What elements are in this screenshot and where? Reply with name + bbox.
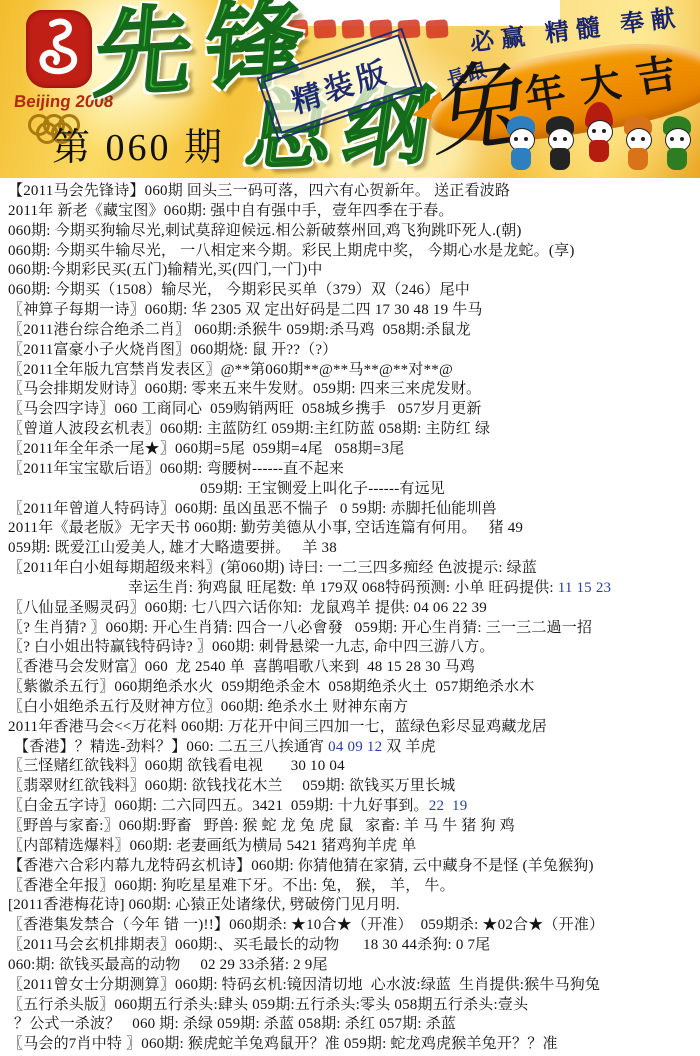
text-line: 〖2011马会玄机排期表〗060期:、买毛最长的动物 18 30 44杀狗: 0… xyxy=(0,936,700,956)
text-line: 〖香港集发禁合（今年 错 一)!!】060期杀: ★10合★（开准） 059期杀… xyxy=(0,916,700,936)
tipsheet-page: Beijing 2008 先锋 总纲 第 060 期 精装版 必赢 精髓 奉献 … xyxy=(0,0,700,1056)
text-line: 〖2011年白小姐每期超级来料〗(第060期) 诗曰: 一二三四多痴经 色波提示… xyxy=(0,559,700,579)
text-line: 〖? 白小姐出特赢钱特码诗? 〗060期: 刺骨悬梁一九志, 命中四三游八方。 xyxy=(0,638,700,658)
text-line: 【香港】？精选-劲料？】060: 二五三八挨通宵 04 09 12 双 羊虎 xyxy=(0,738,700,758)
text-line: 〖2011年曾道人特码诗〗060期: 虽凶虽恶不惴子 0 59期: 赤脚托仙能圳… xyxy=(0,500,700,520)
body-lines: 【2011马会先锋诗】060期 回头三一码可落，四六有心贺新年。 送正看波路20… xyxy=(0,180,700,1055)
text-line: 〖2011富豪小子火烧肖图〗060期烧: 鼠 开??（?） xyxy=(0,341,700,361)
text-line: 059期: 王宝铡爱上叫化子------有远见 xyxy=(0,480,700,500)
text-line: 〖马会的7肖中特 〗060期: 猴虎蛇羊兔鸡鼠开？准 059期: 蛇龙鸡虎猴羊兔… xyxy=(0,1035,700,1055)
fuwa-mascots xyxy=(504,108,694,174)
text-line: 〖马会排期发财诗〗060期: 零来五来牛发财。059期: 四来三来虎发财。 xyxy=(0,380,700,400)
text-line: 〖香港马会发财富〗060 龙 2540 单 喜鹊唱歌八来到 48 15 28 3… xyxy=(0,658,700,678)
text-line: 〖白小姐绝杀五行及财神方位〗060期: 绝杀水土 财神东南方 xyxy=(0,698,700,718)
text-line: 060期: 今期买（1508）输尽光， 今期彩民买单（379）双（246）尾中 xyxy=(0,281,700,301)
text-line: 〖野兽与家畜:〗060期:野畜 野兽: 猴 蛇 龙 兔 虎 鼠 家畜: 羊 马 … xyxy=(0,817,700,837)
issue-number: 第 060 期 xyxy=(52,116,225,171)
text-line: 〖八仙显圣赐灵码〗060期: 七八四六话你知: 龙鼠鸡羊 提供: 04 06 2… xyxy=(0,599,700,619)
text-line: 〖香港全年报〗060期: 狗吃星星难下牙。不出: 兔， 猴， 羊， 牛。 xyxy=(0,877,700,897)
text-line: 【2011马会先锋诗】060期 回头三一码可落，四六有心贺新年。 送正看波路 xyxy=(0,182,700,202)
masthead: Beijing 2008 先锋 总纲 第 060 期 精装版 必赢 精髓 奉献 … xyxy=(0,0,700,178)
text-line: 〖曾道人波段玄机表〗060期: 主蓝防红 059期:主红防蓝 058期: 主防红… xyxy=(0,420,700,440)
text-line: 059期: 既爱江山爱美人, 雄才大略遗要拼。 羊 38 xyxy=(0,539,700,559)
text-line: ？公式一杀波？ 060 期: 杀绿 059期: 杀蓝 058期: 杀红 057期… xyxy=(0,1015,700,1035)
text-line: [2011香港梅花诗] 060期: 心猿正处诸缘伏, 劈破傍门见月明. xyxy=(0,896,700,916)
text-line: 幸运生肖: 狗鸡鼠 旺尾数: 单 179双 068特码预测: 小单 旺码提供: … xyxy=(0,579,700,599)
text-line: 〖2011港台综合绝杀二肖〗 060期:杀猴牛 059期:杀马鸡 058期:杀鼠… xyxy=(0,321,700,341)
text-line: 〖马会四字诗〗060 工商同心 059购销两旺 058城乡携手 057岁月更新 xyxy=(0,400,700,420)
fuwa-jingjing-panda-icon xyxy=(543,116,577,174)
fuwa-nini-green-icon xyxy=(660,116,694,174)
text-line: 〖翡翠财红欲钱料〗060期: 欲钱找花木兰 059期: 欲钱买万里长城 xyxy=(0,777,700,797)
text-line: 〖神算子每期一诗〗060期: 华 2305 双 定出好码是二四 17 30 48… xyxy=(0,301,700,321)
text-line: 2011年香港马会<<万花料 060期: 万花开中间三四加一七，蓝绿色彩尽显鸡藏… xyxy=(0,718,700,738)
text-line: 060期: 今期买狗输尽光,刺试莫辞迎候远.相公新破蔡州回,鸡飞狗跳吓死人.(朝… xyxy=(0,222,700,242)
text-line: 〖2011曾女士分期测算〗060期: 特码玄机:镜因清切地 心水波:绿蓝 生肖提… xyxy=(0,976,700,996)
text-line: 〖? 生肖猜? 〗060期: 开心生肖猜: 四合一八必會發 059期: 开心生肖… xyxy=(0,619,700,639)
fuwa-huanhuan-flame-icon xyxy=(582,108,616,174)
text-line: 〖2011全年版九宫禁肖发表区〗@**第060期**@**马**@**对**@ xyxy=(0,361,700,381)
text-line: 【香港六合彩内幕九龙特码玄机诗】060期: 你猜他猜在家猜, 云中藏身不是怪 (… xyxy=(0,857,700,877)
text-line: 〖内部精选爆料〗060期: 老妻画纸为横局 5421 猪鸡狗羊虎 单 xyxy=(0,837,700,857)
text-line: 〖2011年宝宝歇后语〗060期: 弯腰树------直不起来 xyxy=(0,460,700,480)
text-line: 060期: 今期买牛输尽光， 一八相定来今期。彩民上期虎中奖， 今期心水是龙蛇。… xyxy=(0,242,700,262)
text-line: 〖白金五字诗〗060期: 二六同四五。3421 059期: 十九好事到。22 1… xyxy=(0,797,700,817)
text-line: 060:期: 欲钱买最高的动物 02 29 33杀猪: 2 9尾 xyxy=(0,956,700,976)
text-line: 2011年 新老《藏宝图》060期: 强中自有强中手，壹年四季在于春。 xyxy=(0,202,700,222)
text-line: 〖三怪赌红欲钱料〗060期 欲钱看电视 30 10 04 xyxy=(0,757,700,777)
fuwa-yingying-orange-icon xyxy=(621,116,655,174)
beijing-2008-emblem-icon xyxy=(26,10,92,88)
text-line: 〖五行杀头版〗060期五行杀头:肆头 059期:五行杀头:零头 058期五行杀头… xyxy=(0,996,700,1016)
text-line: 060期:今期彩民买(五门)输精光,买(四门,一门)中 xyxy=(0,261,700,281)
text-line: 〖2011年全年杀一尾★〗060期=5尾 059期=4尾 058期=3尾 xyxy=(0,440,700,460)
fuwa-beibei-blue-icon xyxy=(504,116,538,174)
text-line: 〖紫徽杀五行〗060期绝杀水火 059期绝杀金木 058期绝杀火土 057期绝杀… xyxy=(0,678,700,698)
text-line: 2011年《最老版》无字天书 060期: 勤劳美德从小事, 空话连篇有何用。 猪… xyxy=(0,519,700,539)
